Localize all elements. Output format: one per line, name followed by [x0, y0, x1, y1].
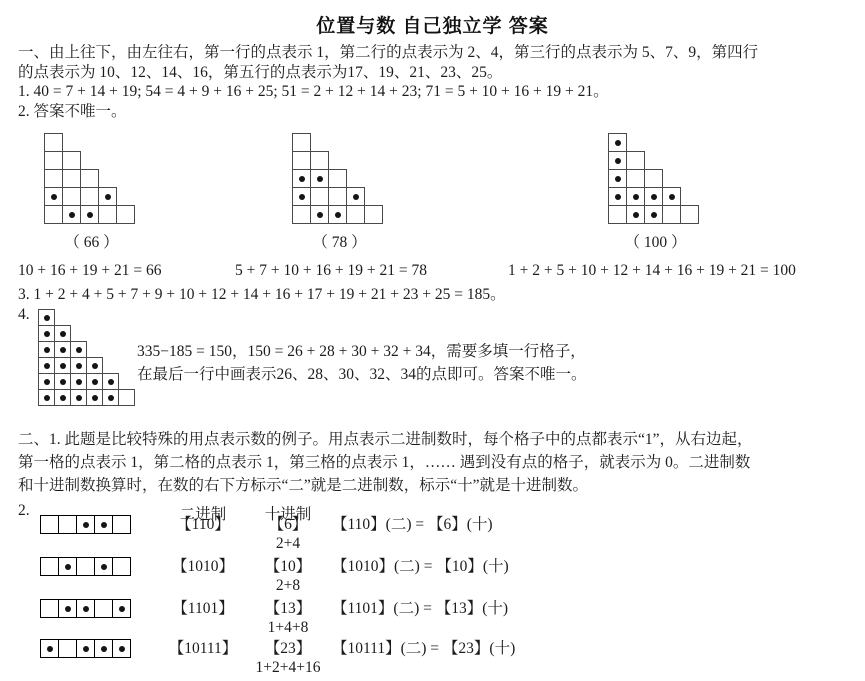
conversion-row: 【110】 【6】 2+4 【110】(二) = 【6】(十): [0, 515, 865, 557]
dot-grid: [44, 133, 139, 223]
grid-cell: [80, 187, 99, 206]
dot: [69, 212, 75, 218]
dot: [105, 194, 111, 200]
grid-cell: [44, 205, 63, 224]
grid-cell: [86, 373, 103, 390]
explanation-line: 在最后一行中画表示26、28、30、32、34的点即可。答案不唯一。: [137, 363, 587, 386]
grid-cell: [608, 151, 627, 170]
section-1-text: 一、由上往下，由左往右，第一行的点表示 1，第二行的点表示为 2、4，第三行的点…: [18, 43, 758, 121]
staircase-diagram-78: （ 78 ）: [292, 133, 387, 252]
worksheet-page: 位置与数 自己独立学 答案 一、由上往下，由左往右，第一行的点表示 1，第二行的…: [0, 0, 865, 681]
grid-cell: [608, 169, 627, 188]
grid-cell: [58, 639, 77, 658]
diagram-label: （ 100 ）: [608, 230, 703, 252]
staircase-diagram-66: （ 66 ）: [44, 133, 139, 252]
equation-100: 1 + 2 + 5 + 10 + 12 + 14 + 16 + 19 + 21 …: [508, 262, 796, 280]
dot: [101, 522, 107, 528]
grid-cell: [40, 599, 59, 618]
grid-cell: [116, 205, 135, 224]
page-title: 位置与数 自己独立学 答案: [0, 11, 865, 38]
binary-value: 【1101】: [158, 599, 248, 619]
answer-line-1: 1. 40 = 7 + 14 + 19; 54 = 4 + 9 + 16 + 2…: [18, 82, 758, 102]
grid-cell: [328, 205, 347, 224]
grid-cell: [644, 187, 663, 206]
dot: [76, 395, 82, 401]
grid-cell: [94, 515, 113, 534]
staircase-diagram-item4: [38, 309, 134, 405]
grid-cell: [54, 325, 71, 342]
binary-strip: [40, 599, 130, 617]
dot: [651, 194, 657, 200]
decimal-value: 【6】 2+4: [248, 515, 328, 553]
dot: [92, 363, 98, 369]
answer-line-2: 2. 答案不唯一。: [18, 102, 758, 122]
grid-cell: [62, 151, 81, 170]
dot: [76, 347, 82, 353]
grid-cell: [112, 639, 131, 658]
grid-cell: [662, 205, 681, 224]
grid-cell: [292, 205, 311, 224]
dot: [44, 379, 50, 385]
grid-cell: [608, 187, 627, 206]
grid-cell: [680, 205, 699, 224]
grid-cell: [608, 205, 627, 224]
dot: [83, 606, 89, 612]
dot: [60, 379, 66, 385]
dot: [51, 194, 57, 200]
dot: [615, 176, 621, 182]
section-2-text: 二、1. 此题是比较特殊的用点表示数的例子。用点表示二进制数时，每个格子中的点都…: [18, 428, 753, 497]
paragraph-line: 的点表示为 10、12、14、16，第五行的点表示为17、19、21、23、25…: [18, 63, 758, 83]
grid-cell: [62, 205, 81, 224]
grid-cell: [70, 389, 87, 406]
grid-cell: [94, 639, 113, 658]
dot: [44, 331, 50, 337]
conversion-equation: 【1101】(二) = 【13】(十): [332, 599, 508, 619]
grid-cell: [310, 169, 329, 188]
grid-cell: [608, 133, 627, 152]
grid-cell: [118, 389, 135, 406]
dot: [108, 379, 114, 385]
grid-cell: [98, 205, 117, 224]
dot: [92, 395, 98, 401]
dot: [60, 363, 66, 369]
paragraph-line: 一、由上往下，由左往右，第一行的点表示 1，第二行的点表示为 2、4，第三行的点…: [18, 43, 758, 63]
grid-cell: [310, 205, 329, 224]
grid-cell: [38, 325, 55, 342]
grid-cell: [54, 341, 71, 358]
grid-cell: [662, 187, 681, 206]
grid-cell: [76, 557, 95, 576]
dot: [317, 176, 323, 182]
grid-cell: [40, 557, 59, 576]
grid-cell: [38, 309, 55, 326]
grid-cell: [80, 169, 99, 188]
diagram-label: （ 66 ）: [44, 230, 139, 252]
grid-cell: [62, 187, 81, 206]
dot: [87, 212, 93, 218]
dot: [44, 395, 50, 401]
grid-cell: [40, 639, 59, 658]
dot-grid: [608, 133, 703, 223]
grid-cell: [644, 205, 663, 224]
decimal-sum: 2+8: [248, 577, 328, 595]
grid-cell: [70, 341, 87, 358]
dot: [108, 395, 114, 401]
grid-cell: [626, 151, 645, 170]
dot: [44, 347, 50, 353]
binary-value: 【10111】: [158, 639, 248, 659]
item-4-marker: 4.: [18, 306, 30, 324]
item-4-explanation: 335−185 = 150，150 = 26 + 28 + 30 + 32 + …: [137, 340, 587, 386]
dot: [65, 606, 71, 612]
dot: [669, 194, 675, 200]
grid-cell: [44, 169, 63, 188]
dot: [65, 564, 71, 570]
decimal-number: 【13】: [248, 599, 328, 619]
grid-cell: [364, 205, 383, 224]
grid-cell: [346, 187, 365, 206]
dot: [119, 646, 125, 652]
grid-cell: [112, 599, 131, 618]
paragraph-line: 和十进制数换算时，在数的右下方标示“二”就是二进制数，标示“十”就是十进制数。: [18, 474, 753, 497]
grid-cell: [346, 205, 365, 224]
staircase-diagram-100: （ 100 ）: [608, 133, 703, 252]
binary-strip: [40, 557, 130, 575]
decimal-number: 【10】: [248, 557, 328, 577]
dot: [119, 606, 125, 612]
grid-cell: [38, 389, 55, 406]
grid-cell: [292, 187, 311, 206]
grid-cell: [310, 187, 329, 206]
decimal-number: 【23】: [248, 639, 328, 659]
grid-cell: [86, 389, 103, 406]
dot: [317, 212, 323, 218]
binary-value: 【110】: [158, 515, 248, 535]
dot: [651, 212, 657, 218]
conversion-row: 【1101】 【13】 1+4+8 【1101】(二) = 【13】(十): [0, 599, 865, 641]
explanation-line: 335−185 = 150，150 = 26 + 28 + 30 + 32 + …: [137, 340, 587, 363]
grid-cell: [40, 515, 59, 534]
grid-cell: [328, 169, 347, 188]
grid-cell: [44, 187, 63, 206]
dot: [60, 395, 66, 401]
grid-cell: [94, 557, 113, 576]
dot: [633, 194, 639, 200]
binary-strip: [40, 639, 130, 657]
binary-strip: [40, 515, 130, 533]
decimal-sum: 1+4+8: [248, 619, 328, 637]
equation-78: 5 + 7 + 10 + 16 + 19 + 21 = 78: [235, 262, 427, 280]
grid-cell: [102, 389, 119, 406]
decimal-sum: 1+2+4+16: [248, 659, 328, 677]
grid-cell: [292, 169, 311, 188]
grid-cell: [626, 205, 645, 224]
grid-cell: [76, 639, 95, 658]
dot-grid: [38, 309, 134, 405]
grid-cell: [44, 133, 63, 152]
diagram-label: （ 78 ）: [292, 230, 387, 252]
dot: [83, 646, 89, 652]
grid-cell: [38, 341, 55, 358]
dot: [76, 379, 82, 385]
dot: [101, 564, 107, 570]
grid-cell: [76, 515, 95, 534]
grid-cell: [112, 557, 131, 576]
dot: [76, 363, 82, 369]
grid-cell: [626, 187, 645, 206]
grid-cell: [58, 557, 77, 576]
grid-cell: [310, 151, 329, 170]
dot: [44, 363, 50, 369]
dot: [615, 140, 621, 146]
dot: [60, 331, 66, 337]
grid-cell: [644, 169, 663, 188]
decimal-value: 【23】 1+2+4+16: [248, 639, 328, 677]
grid-cell: [54, 357, 71, 374]
dot: [92, 379, 98, 385]
answer-line-3: 3. 1 + 2 + 4 + 5 + 7 + 9 + 10 + 12 + 14 …: [18, 282, 506, 304]
decimal-sum: 2+4: [248, 535, 328, 553]
grid-cell: [94, 599, 113, 618]
decimal-value: 【13】 1+4+8: [248, 599, 328, 637]
grid-cell: [80, 205, 99, 224]
dot: [60, 347, 66, 353]
equation-66: 10 + 16 + 19 + 21 = 66: [18, 262, 161, 280]
grid-cell: [70, 373, 87, 390]
grid-cell: [328, 187, 347, 206]
grid-cell: [626, 169, 645, 188]
dot: [101, 646, 107, 652]
paragraph-line: 第一格的点表示 1，第二格的点表示 1，第三格的点表示 1，…… 遇到没有点的格…: [18, 451, 753, 474]
grid-cell: [70, 357, 87, 374]
dot-grid: [292, 133, 387, 223]
grid-cell: [38, 373, 55, 390]
conversion-equation: 【110】(二) = 【6】(十): [332, 515, 493, 535]
dot: [47, 646, 53, 652]
dot: [299, 176, 305, 182]
dot: [299, 194, 305, 200]
grid-cell: [54, 373, 71, 390]
grid-cell: [44, 151, 63, 170]
grid-cell: [112, 515, 131, 534]
paragraph-line: 二、1. 此题是比较特殊的用点表示数的例子。用点表示二进制数时，每个格子中的点都…: [18, 428, 753, 451]
conversion-equation: 【10111】(二) = 【23】(十): [332, 639, 515, 659]
dot: [83, 522, 89, 528]
conversion-row: 【1010】 【10】 2+8 【1010】(二) = 【10】(十): [0, 557, 865, 599]
decimal-number: 【6】: [248, 515, 328, 535]
grid-cell: [102, 373, 119, 390]
dot: [353, 194, 359, 200]
grid-cell: [86, 357, 103, 374]
conversion-equation: 【1010】(二) = 【10】(十): [332, 557, 509, 577]
dot: [615, 158, 621, 164]
conversion-row: 【10111】 【23】 1+2+4+16 【10111】(二) = 【23】(…: [0, 639, 865, 681]
dot: [615, 194, 621, 200]
grid-cell: [58, 599, 77, 618]
grid-cell: [62, 169, 81, 188]
grid-cell: [38, 357, 55, 374]
grid-cell: [54, 389, 71, 406]
grid-cell: [76, 599, 95, 618]
decimal-value: 【10】 2+8: [248, 557, 328, 595]
grid-cell: [58, 515, 77, 534]
binary-value: 【1010】: [158, 557, 248, 577]
grid-cell: [98, 187, 117, 206]
dot: [335, 212, 341, 218]
dot: [44, 315, 50, 321]
grid-cell: [292, 133, 311, 152]
dot: [633, 212, 639, 218]
grid-cell: [292, 151, 311, 170]
